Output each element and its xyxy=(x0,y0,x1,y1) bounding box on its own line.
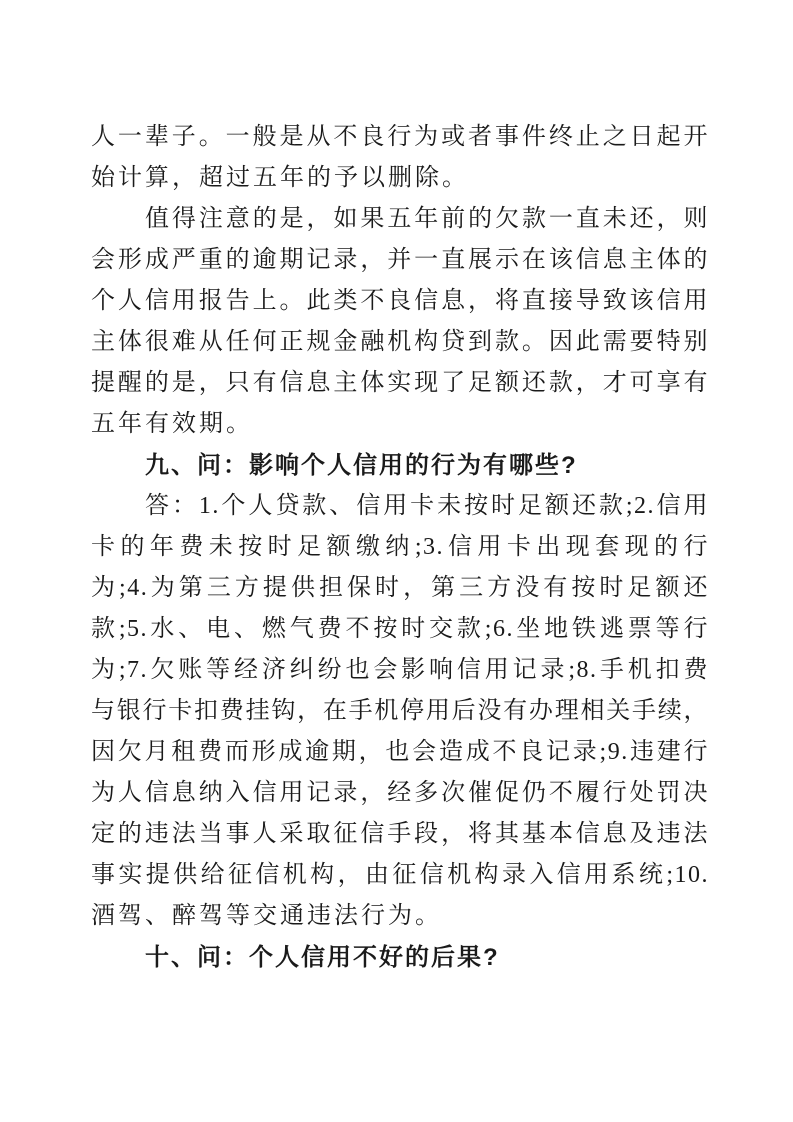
text-line: 酒驾、醉驾等交通违法行为。 xyxy=(91,896,709,937)
text-line: 因欠月租费而形成逾期，也会造成不良记录;9.违建行 xyxy=(91,732,709,773)
paragraph: 值得注意的是，如果五年前的欠款一直未还，则会形成严重的逾期记录，并一直展示在该信… xyxy=(91,199,709,445)
text-line: 值得注意的是，如果五年前的欠款一直未还，则 xyxy=(91,199,709,240)
text-line: 提醒的是，只有信息主体实现了足额还款，才可享有 xyxy=(91,363,709,404)
text-line: 为人信息纳入信用记录，经多次催促仍不履行处罚决 xyxy=(91,773,709,814)
question-heading: 九、问：影响个人信用的行为有哪些? xyxy=(91,445,709,486)
text-line: 为;4.为第三方提供担保时，第三方没有按时足额还 xyxy=(91,568,709,609)
text-line: 事实提供给征信机构，由征信机构录入信用系统;10. xyxy=(91,855,709,896)
text-line: 会形成严重的逾期记录，并一直展示在该信息主体的 xyxy=(91,240,709,281)
text-line: 始计算，超过五年的予以删除。 xyxy=(91,158,709,199)
text-line: 十、问：个人信用不好的后果? xyxy=(91,937,709,978)
text-line: 为;7.欠账等经济纠纷也会影响信用记录;8.手机扣费 xyxy=(91,650,709,691)
text-line: 九、问：影响个人信用的行为有哪些? xyxy=(91,445,709,486)
paragraph: 答：1.个人贷款、信用卡未按时足额还款;2.信用卡的年费未按时足额缴纳;3.信用… xyxy=(91,486,709,937)
text-line: 人一辈子。一般是从不良行为或者事件终止之日起开 xyxy=(91,117,709,158)
document-page: 人一辈子。一般是从不良行为或者事件终止之日起开始计算，超过五年的予以删除。值得注… xyxy=(0,0,793,1122)
text-line: 与银行卡扣费挂钩，在手机停用后没有办理相关手续， xyxy=(91,691,709,732)
text-line: 定的违法当事人采取征信手段，将其基本信息及违法 xyxy=(91,814,709,855)
paragraph: 人一辈子。一般是从不良行为或者事件终止之日起开始计算，超过五年的予以删除。 xyxy=(91,117,709,199)
text-line: 主体很难从任何正规金融机构贷到款。因此需要特别 xyxy=(91,322,709,363)
text-line: 个人信用报告上。此类不良信息，将直接导致该信用 xyxy=(91,281,709,322)
document-body: 人一辈子。一般是从不良行为或者事件终止之日起开始计算，超过五年的予以删除。值得注… xyxy=(91,117,709,978)
text-line: 卡的年费未按时足额缴纳;3.信用卡出现套现的行 xyxy=(91,527,709,568)
text-line: 答：1.个人贷款、信用卡未按时足额还款;2.信用 xyxy=(91,486,709,527)
text-line: 款;5.水、电、燃气费不按时交款;6.坐地铁逃票等行 xyxy=(91,609,709,650)
question-heading: 十、问：个人信用不好的后果? xyxy=(91,937,709,978)
text-line: 五年有效期。 xyxy=(91,404,709,445)
